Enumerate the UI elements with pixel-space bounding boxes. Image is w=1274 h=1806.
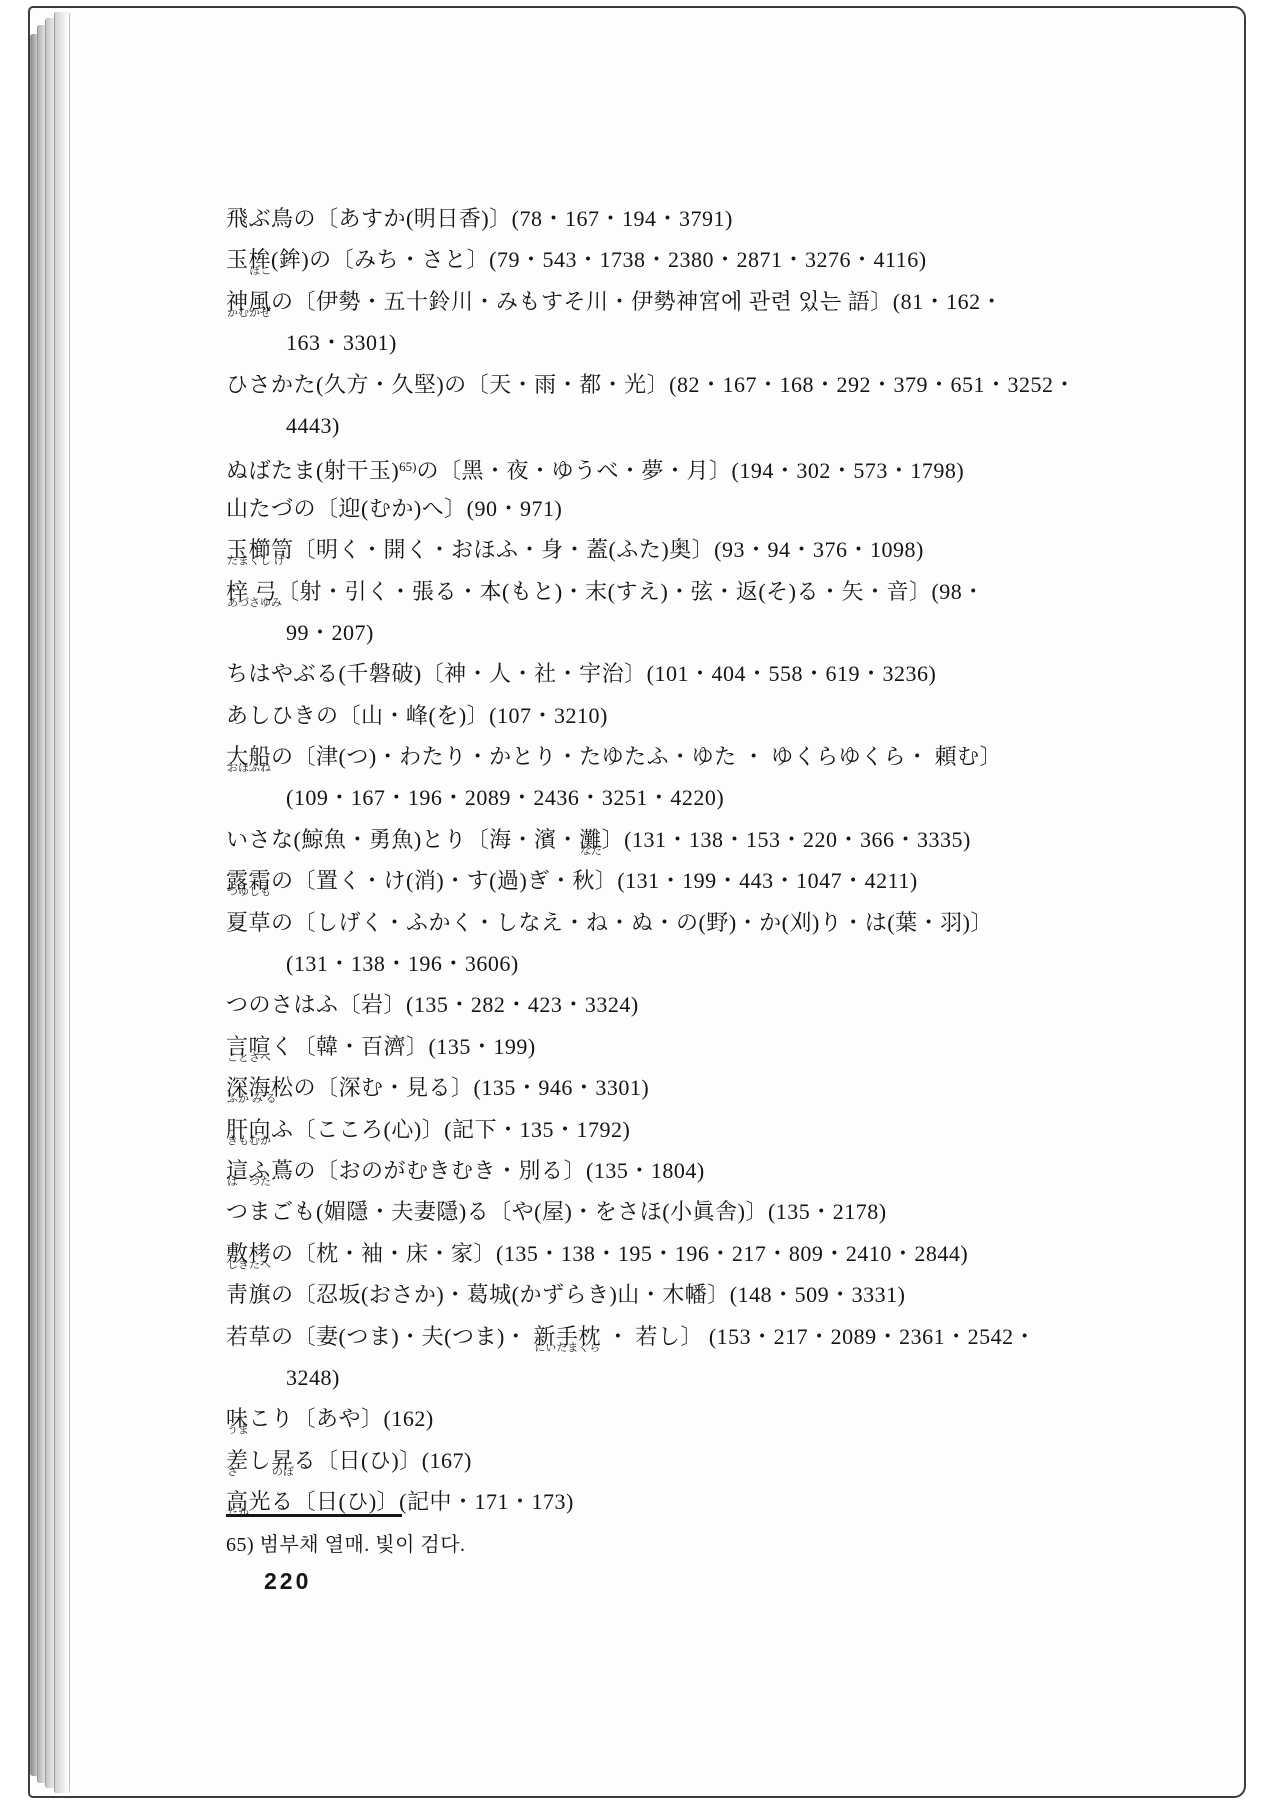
index-entry: 4443) (226, 405, 1076, 446)
entry-text: 夏草の〔しげく・ふかく・しなえ・ね・ぬ・の(野)・か(刈)り・は(葉・羽)〕 (226, 910, 993, 935)
furigana: うま (227, 1425, 249, 1436)
entry-headword: 差さ (226, 1440, 249, 1481)
index-entry: 這ふ蔦は つたの〔おのがむきむき・別る〕(135・1804) (226, 1150, 1076, 1191)
page-edge-stack (30, 8, 70, 1796)
entry-headword: 大船おほふね (226, 736, 271, 777)
index-entry: 肝向きもむかふ〔こころ(心)〕(記下・135・1792) (226, 1109, 1076, 1150)
furigana: あづさゆみ (227, 598, 282, 609)
entry-text: (鉾)の〔みち・さと〕(79・543・1738・2380・2871・3276・4… (271, 247, 927, 272)
index-entry: 99・207) (226, 612, 1076, 653)
index-entry: 味うまこり〔あや〕(162) (226, 1398, 1076, 1439)
furigana: のぼ (272, 1467, 294, 1478)
furigana: ぼこ (250, 266, 272, 277)
entry-text: の〔深む・見る〕(135・946・3301) (294, 1075, 650, 1100)
entry-headword: 玉櫛笥たまくし げ (226, 529, 294, 570)
entry-headword: 肝向きもむか (226, 1109, 271, 1150)
entry-text: 光る〔日(ひ)〕(記中・171・173) (249, 1489, 574, 1514)
entry-headword: 梓 弓あづさゆみ (226, 571, 277, 612)
furigana: つゆしも (227, 887, 271, 898)
index-entry: 山たづの〔迎(むか)へ〕(90・971) (226, 488, 1076, 529)
footnote-marker: 65) (226, 1534, 254, 1556)
index-entry: 3248) (226, 1357, 1076, 1398)
entry-list: 飛ぶ鳥の〔あすか(明日香)〕(78・167・194・3791)玉桙ぼこ(鉾)の〔… (226, 198, 1076, 1523)
entry-text: 〔射・引く・張る・本(もと)・末(すえ)・弦・返(そ)る・矢・音〕(98・ (277, 579, 985, 604)
entry-text: 〔明く・開く・おほふ・身・蓋(ふた)奥〕(93・94・376・1098) (294, 537, 924, 562)
index-entry: 言喧ことさへく〔韓・百濟〕(135・199) (226, 1026, 1076, 1067)
index-entry: 夏草の〔しげく・ふかく・しなえ・ね・ぬ・の(野)・か(刈)り・は(葉・羽)〕 (226, 902, 1076, 943)
entry-text: 163・3301) (286, 330, 397, 355)
index-entry: 玉櫛笥たまくし げ〔明く・開く・おほふ・身・蓋(ふた)奥〕(93・94・376・… (226, 529, 1076, 570)
index-entry: ちはやぶる(千磐破)〔神・人・社・宇治〕(101・404・558・619・323… (226, 653, 1076, 694)
index-entry: (109・167・196・2089・2436・3251・4220) (226, 777, 1076, 818)
entry-text: る〔日(ひ)〕(167) (294, 1448, 472, 1473)
entry-headword: 桙ぼこ (249, 239, 272, 280)
index-entry: 敷栲しきたへの〔枕・袖・床・家〕(135・138・195・196・217・809… (226, 1233, 1076, 1274)
index-entry: 玉桙ぼこ(鉾)の〔みち・さと〕(79・543・1738・2380・2871・32… (226, 239, 1076, 280)
entry-text: ふ〔こころ(心)〕(記下・135・1792) (271, 1117, 630, 1142)
index-entry: 深海松ふか み るの〔深む・見る〕(135・946・3301) (226, 1067, 1076, 1108)
index-entry: 靑旗の〔忍坂(おさか)・葛城(かずらき)山・木幡〕(148・509・3331) (226, 1274, 1076, 1315)
entry-text: ぬばたま(射干玉) (226, 458, 399, 483)
entry-text: の〔黑・夜・ゆうべ・夢・月〕(194・302・573・1798) (417, 458, 965, 483)
furigana: にいたまくら (534, 1343, 600, 1354)
index-entry: 差さし昇のぼる〔日(ひ)〕(167) (226, 1440, 1076, 1481)
footnote-rule (226, 1514, 402, 1517)
entry-text: こり〔あや〕(162) (249, 1406, 434, 1431)
entry-headword: 神風かむかぜ (226, 281, 271, 322)
furigana: おほふね (227, 763, 271, 774)
entry-headword: 新手枕にいたまくら (533, 1316, 601, 1357)
index-entry: ぬばたま(射干玉)65)の〔黑・夜・ゆうべ・夢・月〕(194・302・573・1… (226, 446, 1076, 487)
page-number: 220 (264, 1568, 311, 1595)
entry-text: いさな(鯨魚・勇魚)とり〔海・濱・ (226, 827, 579, 852)
entry-text: (131・138・196・3606) (286, 951, 519, 976)
index-entry: あしひきの〔山・峰(を)〕(107・3210) (226, 695, 1076, 736)
index-entry: つのさはふ〔岩〕(135・282・423・3324) (226, 984, 1076, 1025)
furigana: ふか み る (227, 1094, 277, 1105)
entry-text: 若草の〔妻(つま)・夫(つま)・ (226, 1324, 533, 1349)
index-entry: いさな(鯨魚・勇魚)とり〔海・濱・灘なだ〕(131・138・153・220・36… (226, 819, 1076, 860)
furigana: は つた (227, 1177, 271, 1188)
furigana: かむかぜ (227, 308, 271, 319)
entry-text: 玉 (226, 247, 249, 272)
index-entry: 163・3301) (226, 322, 1076, 363)
entry-text: 山たづの〔迎(むか)へ〕(90・971) (226, 496, 562, 521)
entry-headword: 露霜つゆしも (226, 860, 271, 901)
entry-text: つまごも(媚隱・夫妻隱)る〔や(屋)・をさほ(小眞舎)〕(135・2178) (226, 1199, 887, 1224)
entry-text: の〔伊勢・五十鈴川・みもすそ川・伊勢神宮에 관련 있는 語〕(81・162・ (271, 289, 1003, 314)
entry-headword: 味うま (226, 1398, 249, 1439)
index-entry: 露霜つゆしもの〔置く・け(消)・す(過)ぎ・秋〕(131・199・443・104… (226, 860, 1076, 901)
footnote: 65) 범부채 열매. 빛이 검다. (226, 1528, 466, 1557)
entry-headword: 敷栲しきたへ (226, 1233, 271, 1274)
entry-text: (109・167・196・2089・2436・3251・4220) (286, 785, 724, 810)
entry-text: ・ 若し〕 (153・217・2089・2361・2542・ (601, 1324, 1036, 1349)
furigana: なだ (580, 846, 602, 857)
entry-text: 99・207) (286, 620, 374, 645)
footnote-text: 범부채 열매. 빛이 검다. (260, 1534, 466, 1556)
index-entry: つまごも(媚隱・夫妻隱)る〔や(屋)・をさほ(小眞舎)〕(135・2178) (226, 1191, 1076, 1232)
entry-text: つのさはふ〔岩〕(135・282・423・3324) (226, 992, 639, 1017)
entry-headword: 這ふ蔦は つた (226, 1150, 294, 1191)
entry-text: ひさかた(久方・久堅)の〔天・雨・都・光〕(82・167・168・292・379… (226, 372, 1076, 397)
entry-headword: 言喧ことさへ (226, 1026, 271, 1067)
book-page: 飛ぶ鳥の〔あすか(明日香)〕(78・167・194・3791)玉桙ぼこ(鉾)の〔… (28, 6, 1246, 1798)
furigana: さ (227, 1467, 238, 1478)
furigana: たまくし げ (227, 556, 285, 567)
entry-text: 4443) (286, 413, 340, 438)
index-entry: ひさかた(久方・久堅)の〔天・雨・都・光〕(82・167・168・292・379… (226, 364, 1076, 405)
entry-headword: 深海松ふか み る (226, 1067, 294, 1108)
index-entry: 大船おほふねの〔津(つ)・わたり・かとり・たゆたふ・ゆた ・ ゆくらゆくら・ 頼… (226, 736, 1076, 777)
entry-text: の〔おのがむきむき・別る〕(135・1804) (294, 1158, 705, 1183)
entry-text: 飛ぶ鳥の〔あすか(明日香)〕(78・167・194・3791) (226, 206, 733, 231)
index-entry: 梓 弓あづさゆみ〔射・引く・張る・本(もと)・末(すえ)・弦・返(そ)る・矢・音… (226, 571, 1076, 612)
furigana: ことさへ (227, 1053, 271, 1064)
index-entry: 飛ぶ鳥の〔あすか(明日香)〕(78・167・194・3791) (226, 198, 1076, 239)
entry-text: の〔置く・け(消)・す(過)ぎ・秋〕(131・199・443・1047・4211… (271, 868, 918, 893)
entry-text: 〕(131・138・153・220・366・3335) (602, 827, 971, 852)
footnote-reference: 65) (399, 459, 416, 474)
entry-text: く〔韓・百濟〕(135・199) (271, 1034, 536, 1059)
entry-text: ちはやぶる(千磐破)〔神・人・社・宇治〕(101・404・558・619・323… (226, 661, 936, 686)
entry-text: の〔枕・袖・床・家〕(135・138・195・196・217・809・2410・… (271, 1241, 968, 1266)
page-edge-strip (54, 12, 70, 1793)
index-entry: 神風かむかぜの〔伊勢・五十鈴川・みもすそ川・伊勢神宮에 관련 있는 語〕(81・… (226, 281, 1076, 322)
index-entry: (131・138・196・3606) (226, 943, 1076, 984)
entry-text: し (249, 1448, 272, 1473)
entry-text: 3248) (286, 1365, 340, 1390)
entry-text: あしひきの〔山・峰(を)〕(107・3210) (226, 703, 608, 728)
index-entry: 若草の〔妻(つま)・夫(つま)・ 新手枕にいたまくら ・ 若し〕 (153・21… (226, 1316, 1076, 1357)
entry-headword: 灘なだ (579, 819, 602, 860)
furigana: しきたへ (227, 1260, 271, 1271)
entry-headword: 昇のぼ (271, 1440, 294, 1481)
furigana: きもむか (227, 1136, 271, 1147)
entry-text: の〔津(つ)・わたり・かとり・たゆたふ・ゆた ・ ゆくらゆくら・ 頼む〕 (271, 744, 1002, 769)
entry-text: 靑旗の〔忍坂(おさか)・葛城(かずらき)山・木幡〕(148・509・3331) (226, 1282, 905, 1307)
